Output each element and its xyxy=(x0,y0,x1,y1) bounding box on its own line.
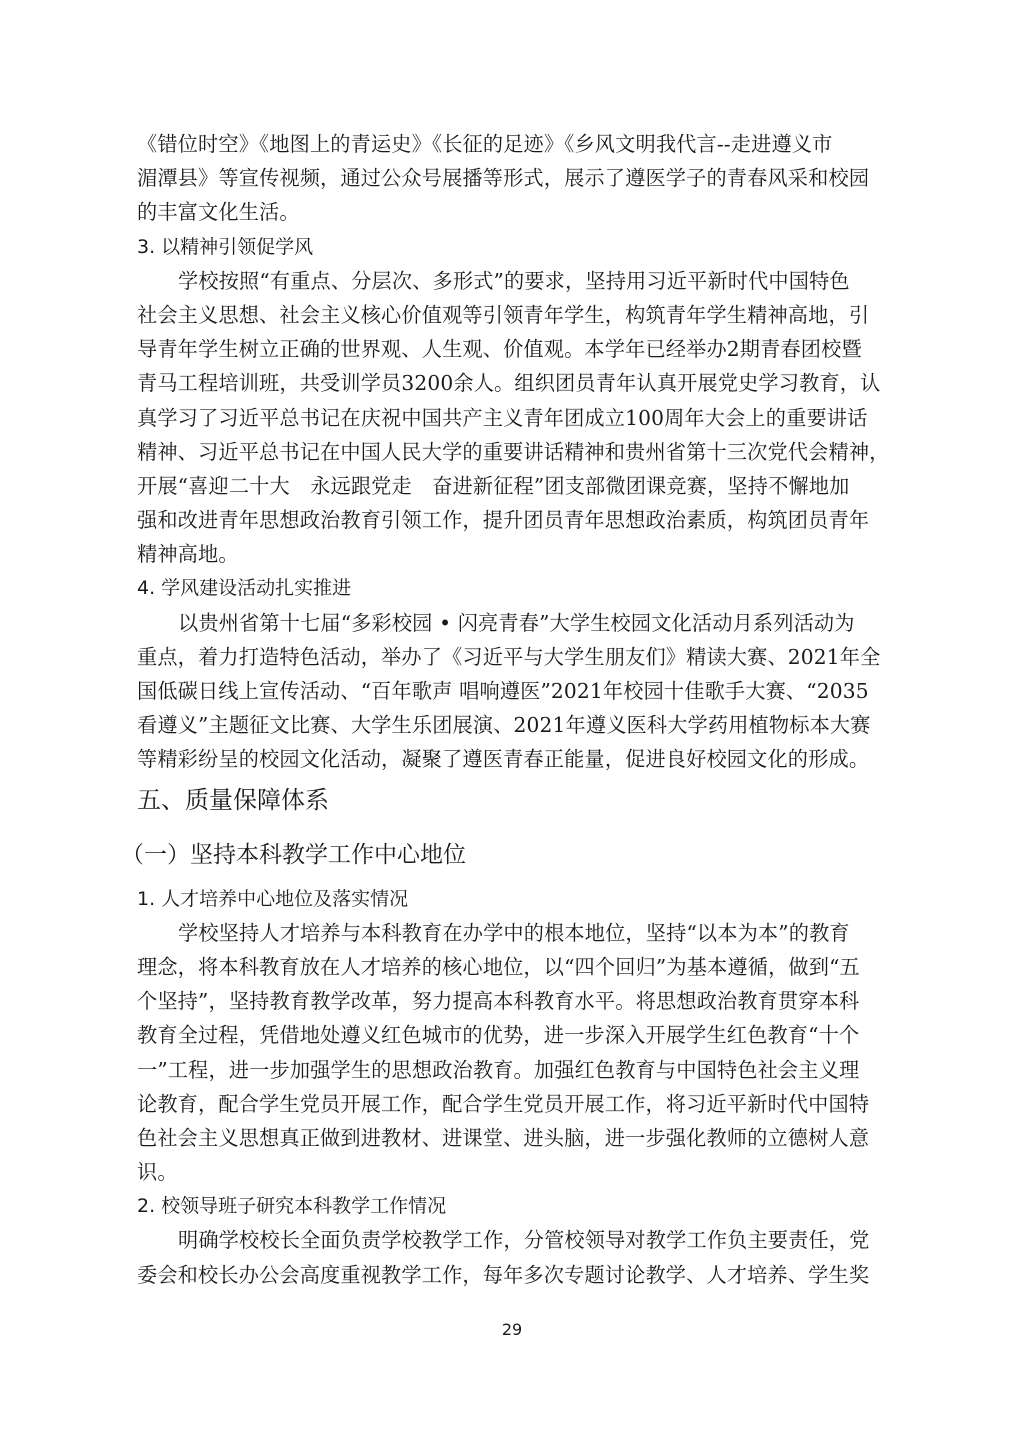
paragraph-line: 学校坚持人才培养与本科教育在办学中的根本地位，坚持“以本为本”的教育 xyxy=(137,916,869,950)
paragraph-line: 青马工程培训班，共受训学员3200余人。组织团员青年认真开展党史学习教育，认 xyxy=(137,366,869,400)
paragraph-line: 教育全过程，凭借地处遵义红色城市的优势，进一步深入开展学生红色教育“十个 xyxy=(137,1018,869,1052)
paragraph-line: 的丰富文化生活。 xyxy=(137,195,869,229)
paragraph-line: 识。 xyxy=(137,1155,869,1189)
paragraph-line: 一”工程，进一步加强学生的思想政治教育。加强红色教育与中国特色社会主义理 xyxy=(137,1053,869,1087)
paragraph-line: 以贵州省第十七届“多彩校园 • 闪亮青春”大学生校园文化活动月系列活动为 xyxy=(137,606,869,640)
paragraph-line: 重点，着力打造特色活动，举办了《习近平与大学生朋友们》精读大赛、2021年全 xyxy=(137,640,869,674)
paragraph-line: 真学习了习近平总书记在庆祝中国共产主义青年团成立100周年大会上的重要讲话 xyxy=(137,401,869,435)
paragraph-line: 论教育，配合学生党员开展工作，配合学生党员开展工作，将习近平新时代中国特 xyxy=(137,1087,869,1121)
item-heading-2: 2. 校领导班子研究本科教学工作情况 xyxy=(137,1189,869,1223)
item-heading-1: 1. 人才培养中心地位及落实情况 xyxy=(137,880,869,916)
paragraph-line: 明确学校校长全面负责学校教学工作，分管校领导对教学工作负主要责任，党 xyxy=(137,1223,869,1257)
paragraph-line: 社会主义思想、社会主义核心价值观等引领青年学生，构筑青年学生精神高地，引 xyxy=(137,298,869,332)
paragraph-line: 色社会主义思想真正做到进教材、进课堂、进头脑，进一步强化教师的立德树人意 xyxy=(137,1121,869,1155)
paragraph-line: 开展“喜迎二十大 永远跟党走 奋进新征程”团支部微团课竞赛，坚持不懈地加 xyxy=(137,469,869,503)
paragraph-line: 湄潭县》等宣传视频，通过公众号展播等形式，展示了遵医学子的青春风采和校园 xyxy=(137,161,869,195)
paragraph-line: 学校按照“有重点、分层次、多形式”的要求，坚持用习近平新时代中国特色 xyxy=(137,264,869,298)
paragraph-line: 看遵义”主题征文比赛、大学生乐团展演、2021年遵义医科大学药用植物标本大赛 xyxy=(137,708,869,742)
document-page: 《错位时空》《地图上的青运史》《长征的足迹》《乡风文明我代言--走进遵义市 湄潭… xyxy=(137,127,869,1292)
page-number: 29 xyxy=(0,1320,1024,1339)
item-2-paragraph: 明确学校校长全面负责学校教学工作，分管校领导对教学工作负主要责任，党 委会和校长… xyxy=(137,1223,869,1291)
paragraph-line: 强和改进青年思想政治教育引领工作，提升团员青年思想政治素质，构筑团员青年 xyxy=(137,503,869,537)
section-4-paragraph: 以贵州省第十七届“多彩校园 • 闪亮青春”大学生校园文化活动月系列活动为 重点，… xyxy=(137,606,869,777)
section-heading-4: 4. 学风建设活动扎实推进 xyxy=(137,571,869,605)
paragraph-line: 《错位时空》《地图上的青运史》《长征的足迹》《乡风文明我代言--走进遵义市 xyxy=(137,127,869,161)
paragraph-line: 理念，将本科教育放在人才培养的核心地位，以“四个回归”为基本遵循，做到“五 xyxy=(137,950,869,984)
paragraph-line: 个坚持”，坚持教育教学改革，努力提高本科教育水平。将思想政治教育贯穿本科 xyxy=(137,984,869,1018)
paragraph-line: 导青年学生树立正确的世界观、人生观、价值观。本学年已经举办2期青春团校暨 xyxy=(137,332,869,366)
paragraph-line: 精神高地。 xyxy=(137,537,869,571)
item-1-paragraph: 学校坚持人才培养与本科教育在办学中的根本地位，坚持“以本为本”的教育 理念，将本… xyxy=(137,916,869,1190)
continued-paragraph: 《错位时空》《地图上的青运史》《长征的足迹》《乡风文明我代言--走进遵义市 湄潭… xyxy=(137,127,869,230)
chapter-heading: 五、质量保障体系 xyxy=(137,777,869,823)
section-3-paragraph: 学校按照“有重点、分层次、多形式”的要求，坚持用习近平新时代中国特色 社会主义思… xyxy=(137,264,869,572)
paragraph-line: 国低碳日线上宣传活动、“百年歌声 唱响遵医”2021年校园十佳歌手大赛、“203… xyxy=(137,674,869,708)
paragraph-line: 等精彩纷呈的校园文化活动，凝聚了遵医青春正能量，促进良好校园文化的形成。 xyxy=(137,742,869,776)
paragraph-line: 委会和校长办公会高度重视教学工作，每年多次专题讨论教学、人才培养、学生奖 xyxy=(137,1258,869,1292)
paragraph-line: 精神、习近平总书记在中国人民大学的重要讲话精神和贵州省第十三次党代会精神， xyxy=(137,435,869,469)
subsection-heading: （一）坚持本科教学工作中心地位 xyxy=(121,823,869,880)
section-heading-3: 3. 以精神引领促学风 xyxy=(137,230,869,264)
